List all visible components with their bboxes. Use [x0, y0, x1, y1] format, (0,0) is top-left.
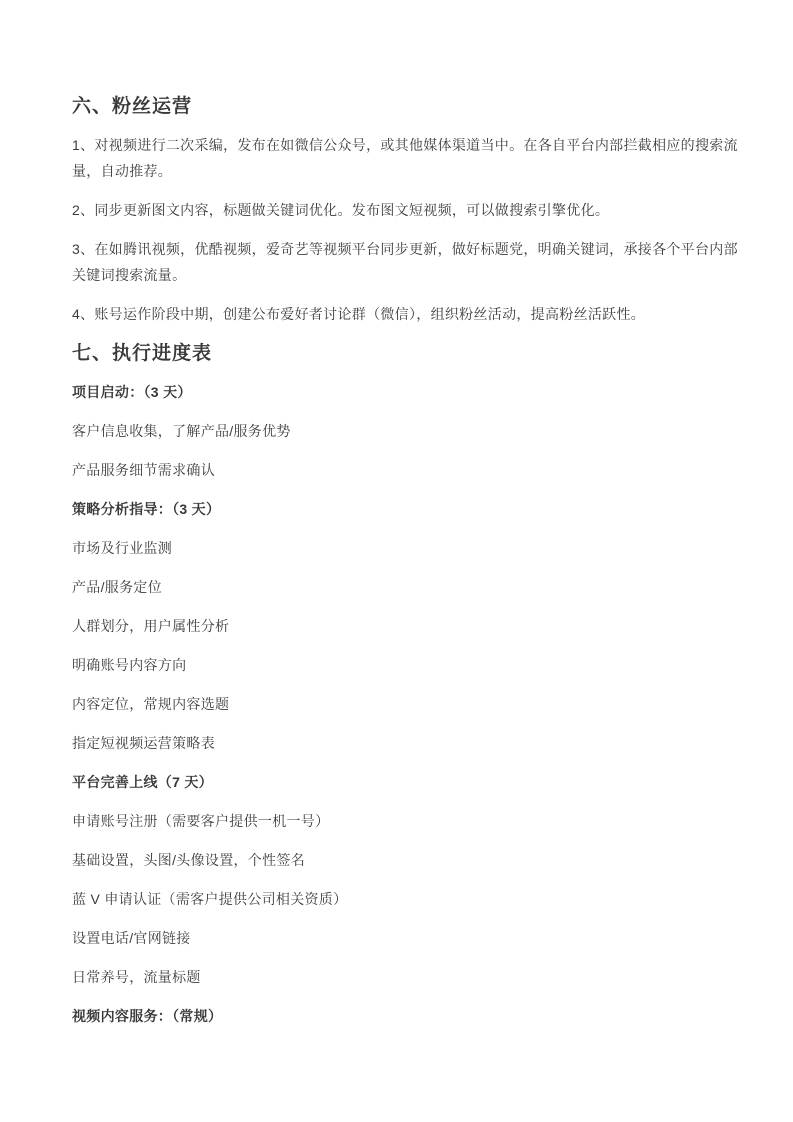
paragraph: 设置电话/官网链接 [72, 925, 745, 951]
paragraph: 日常养号，流量标题 [72, 964, 745, 990]
paragraph: 市场及行业监测 [72, 535, 745, 561]
paragraph: 人群划分，用户属性分析 [72, 613, 745, 639]
paragraph: 蓝 V 申请认证（需客户提供公司相关资质） [72, 886, 745, 912]
section-heading-schedule: 七、执行进度表 [72, 340, 745, 368]
subheading-platform-launch: 平台完善上线（7 天） [72, 769, 745, 795]
paragraph: 2、同步更新图文内容，标题做关键词优化。发布图文短视频，可以做搜索引擎优化。 [72, 197, 745, 223]
document-page: 六、粉丝运营 1、对视频进行二次采编，发布在如微信公众号，或其他媒体渠道当中。在… [0, 0, 793, 1122]
paragraph: 3、在如腾讯视频，优酷视频，爱奇艺等视频平台同步更新，做好标题党，明确关键词，承… [72, 236, 745, 288]
subheading-project-start: 项目启动：（3 天） [72, 379, 745, 405]
paragraph: 产品服务细节需求确认 [72, 457, 745, 483]
paragraph: 4、账号运作阶段中期，创建公布爱好者讨论群（微信），组织粉丝活动，提高粉丝活跃性… [72, 301, 745, 327]
paragraph: 明确账号内容方向 [72, 652, 745, 678]
paragraph: 申请账号注册（需要客户提供一机一号） [72, 808, 745, 834]
paragraph: 内容定位，常规内容选题 [72, 691, 745, 717]
subheading-strategy-analysis: 策略分析指导：（3 天） [72, 496, 745, 522]
paragraph: 产品/服务定位 [72, 574, 745, 600]
paragraph: 客户信息收集，了解产品/服务优势 [72, 418, 745, 444]
paragraph: 1、对视频进行二次采编，发布在如微信公众号，或其他媒体渠道当中。在各自平台内部拦… [72, 132, 745, 184]
subheading-video-content-service: 视频内容服务：（常规） [72, 1003, 745, 1029]
paragraph: 基础设置，头图/头像设置，个性签名 [72, 847, 745, 873]
paragraph: 指定短视频运营策略表 [72, 730, 745, 756]
section-heading-fan-operations: 六、粉丝运营 [72, 93, 745, 121]
